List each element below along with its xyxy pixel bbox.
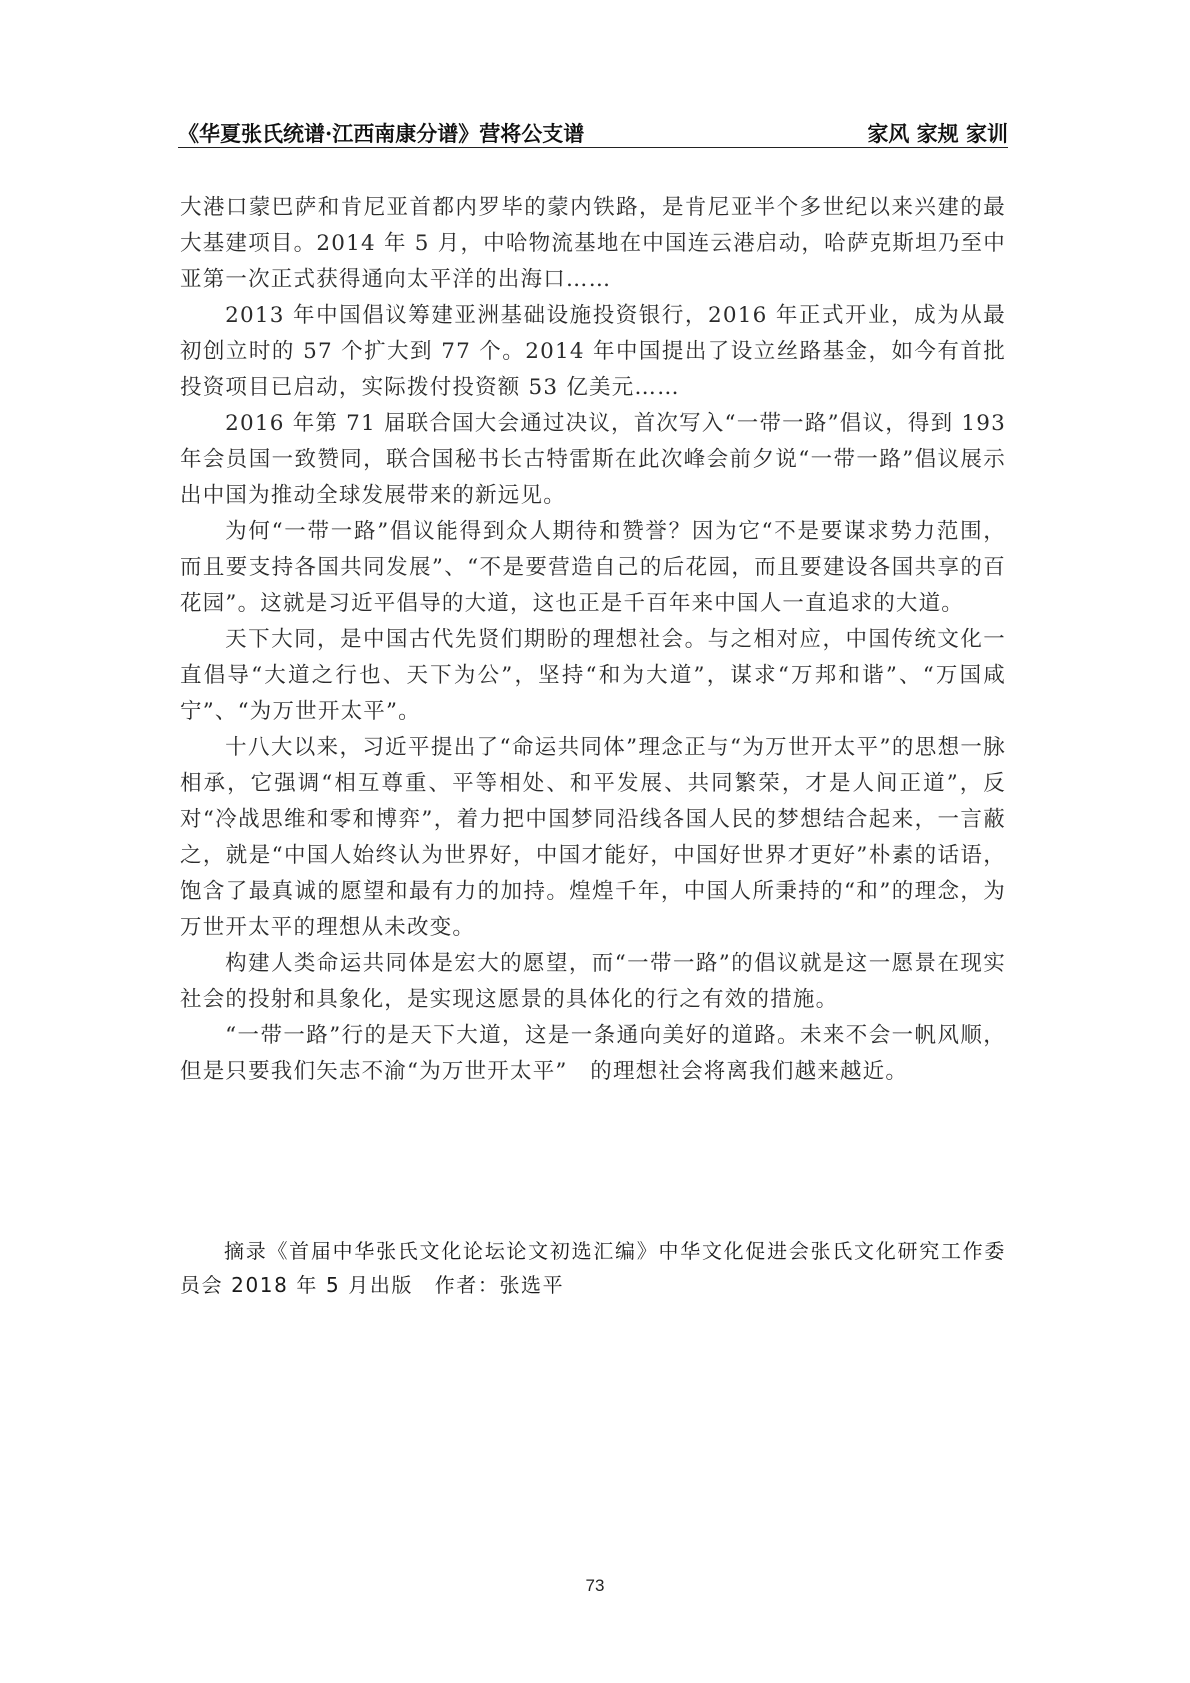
header-divider [178,147,1008,148]
paragraph: 2013 年中国倡议筹建亚洲基础设施投资银行，2016 年正式开业，成为从最初创… [180,298,1006,406]
paragraph: 构建人类命运共同体是宏大的愿望，而“一带一路”的倡议就是这一愿景在现实社会的投射… [180,946,1006,1018]
article-body: 大港口蒙巴萨和肯尼亚首都内罗毕的蒙内铁路，是肯尼亚半个多世纪以来兴建的最大基建项… [180,190,1006,1090]
source-citation: 摘录《首届中华张氏文化论坛论文初选汇编》中华文化促进会张氏文化研究工作委员会 2… [180,1234,1006,1302]
document-page: 《华夏张氏统谱·江西南康分谱》营将公支谱 家风 家规 家训 大港口蒙巴萨和肯尼亚… [0,0,1190,1683]
running-header: 《华夏张氏统谱·江西南康分谱》营将公支谱 家风 家规 家训 [178,112,1008,148]
paragraph: “一带一路”行的是天下大道，这是一条通向美好的道路。未来不会一帆风顺，但是只要我… [180,1018,1006,1090]
header-book-title: 《华夏张氏统谱·江西南康分谱》营将公支谱 [178,118,584,148]
paragraph: 天下大同，是中国古代先贤们期盼的理想社会。与之相对应，中国传统文化一直倡导“大道… [180,622,1006,730]
paragraph: 2016 年第 71 届联合国大会通过决议，首次写入“一带一路”倡议，得到 19… [180,406,1006,514]
paragraph: 十八大以来，习近平提出了“命运共同体”理念正与“为万世开太平”的思想一脉相承，它… [180,730,1006,946]
paragraph: 为何“一带一路”倡议能得到众人期待和赞誉？因为它“不是要谋求势力范围，而且要支持… [180,514,1006,622]
header-section-title: 家风 家规 家训 [867,118,1008,148]
paragraph: 大港口蒙巴萨和肯尼亚首都内罗毕的蒙内铁路，是肯尼亚半个多世纪以来兴建的最大基建项… [180,190,1006,298]
page-number: 73 [0,1576,1190,1596]
